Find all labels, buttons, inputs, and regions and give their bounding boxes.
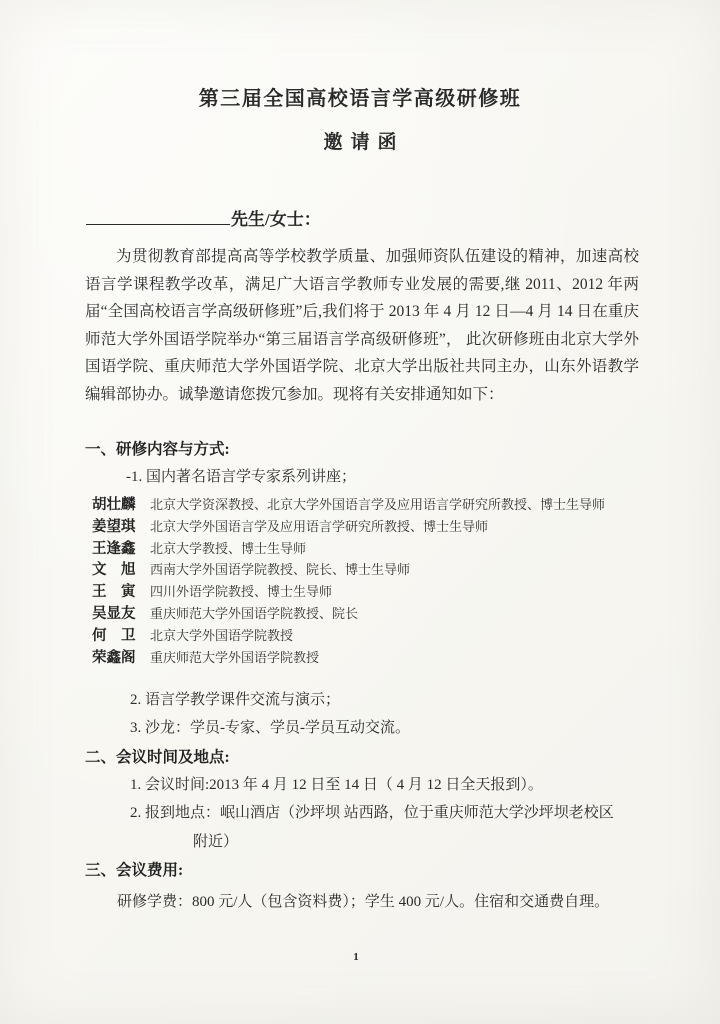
section-2-heading: 二、会议时间及地点: [85, 745, 230, 767]
expert-row: 吴显友 重庆师范大学外国语学院教授、院长 [92, 603, 605, 625]
doc-subtitle: 邀请函 [0, 127, 720, 154]
expert-row: 王 寅 四川外语学院教授、博士生导师 [92, 581, 605, 603]
salutation-blank-underline [86, 207, 230, 225]
expert-row: 胡壮麟 北京大学资深教授、北京大学外国语言学及应用语言学研究所教授、博士生导师 [92, 494, 605, 516]
experts-list: 胡壮麟 北京大学资深教授、北京大学外国语言学及应用语言学研究所教授、博士生导师 … [92, 494, 605, 668]
intro-paragraph: 为贯彻教育部提高高等学校教学质量、加强师资队伍建设的精神，加速高校语言学课程教学… [85, 243, 639, 409]
expert-name: 荣鑫阁 [92, 648, 144, 670]
expert-row: 文 旭 西南大学外国语学院教授、院长、博士生导师 [92, 559, 605, 581]
expert-description: 重庆师范大学外国语学院教授 [150, 650, 319, 665]
expert-description: 北京大学外国语言学及应用语言学研究所教授、博士生导师 [150, 519, 488, 534]
page-number: 1 [0, 951, 712, 963]
salutation-text: 先生/女士： [231, 210, 321, 229]
expert-name: 何 卫 [92, 626, 144, 648]
section-2-item-1: 1. 会议时间:2013 年 4 月 12 日至 14 日（ 4 月 12 日全… [130, 773, 543, 794]
section-1-heading: 一、研修内容与方式: [85, 437, 230, 459]
expert-name: 王逢鑫 [92, 539, 144, 561]
expert-row: 何 卫 北京大学外国语学院教授 [92, 625, 605, 647]
section-3-body: 研修学费：800 元/人（包含资料费）；学生 400 元/人。住宿和交通费自理。 [117, 890, 609, 911]
expert-description: 四川外语学院教授、博士生导师 [150, 584, 332, 599]
section-1-item-3: 3. 沙龙：学员-专家、学员-学员互动交流。 [130, 716, 410, 737]
expert-description: 重庆师范大学外国语学院教授、院长 [150, 606, 358, 621]
salutation-line: 先生/女士： [86, 205, 321, 230]
expert-name: 王 寅 [92, 582, 144, 604]
expert-description: 北京大学教授、博士生导师 [150, 541, 306, 556]
expert-name: 胡壮麟 [92, 495, 144, 517]
expert-description: 北京大学外国语学院教授 [150, 628, 293, 643]
expert-row: 荣鑫阁 重庆师范大学外国语学院教授 [92, 647, 605, 669]
section-3-heading: 三、会议费用: [85, 858, 183, 880]
expert-row: 王逢鑫 北京大学教授、博士生导师 [92, 538, 605, 560]
doc-title: 第三届全国高校语言学高级研修班 [0, 82, 720, 111]
expert-name: 姜望琪 [92, 517, 144, 539]
section-1-item-2: 2. 语言学教学课件交流与演示； [130, 688, 340, 709]
expert-name: 文 旭 [92, 560, 144, 582]
expert-description: 西南大学外国语学院教授、院长、博士生导师 [150, 562, 410, 577]
expert-row: 姜望琪 北京大学外国语言学及应用语言学研究所教授、博士生导师 [92, 516, 605, 538]
expert-name: 吴显友 [92, 604, 144, 626]
expert-description: 北京大学资深教授、北京大学外国语言学及应用语言学研究所教授、博士生导师 [150, 497, 605, 512]
section-1-item-1: -1. 国内著名语言学专家系列讲座； [126, 465, 356, 486]
section-2-item-2-line-2: 附近） [193, 830, 238, 851]
section-2-item-2-line-1: 2. 报到地点：岷山酒店（沙坪坝 站西路，位于重庆师范大学沙坪坝老校区 [130, 801, 614, 822]
